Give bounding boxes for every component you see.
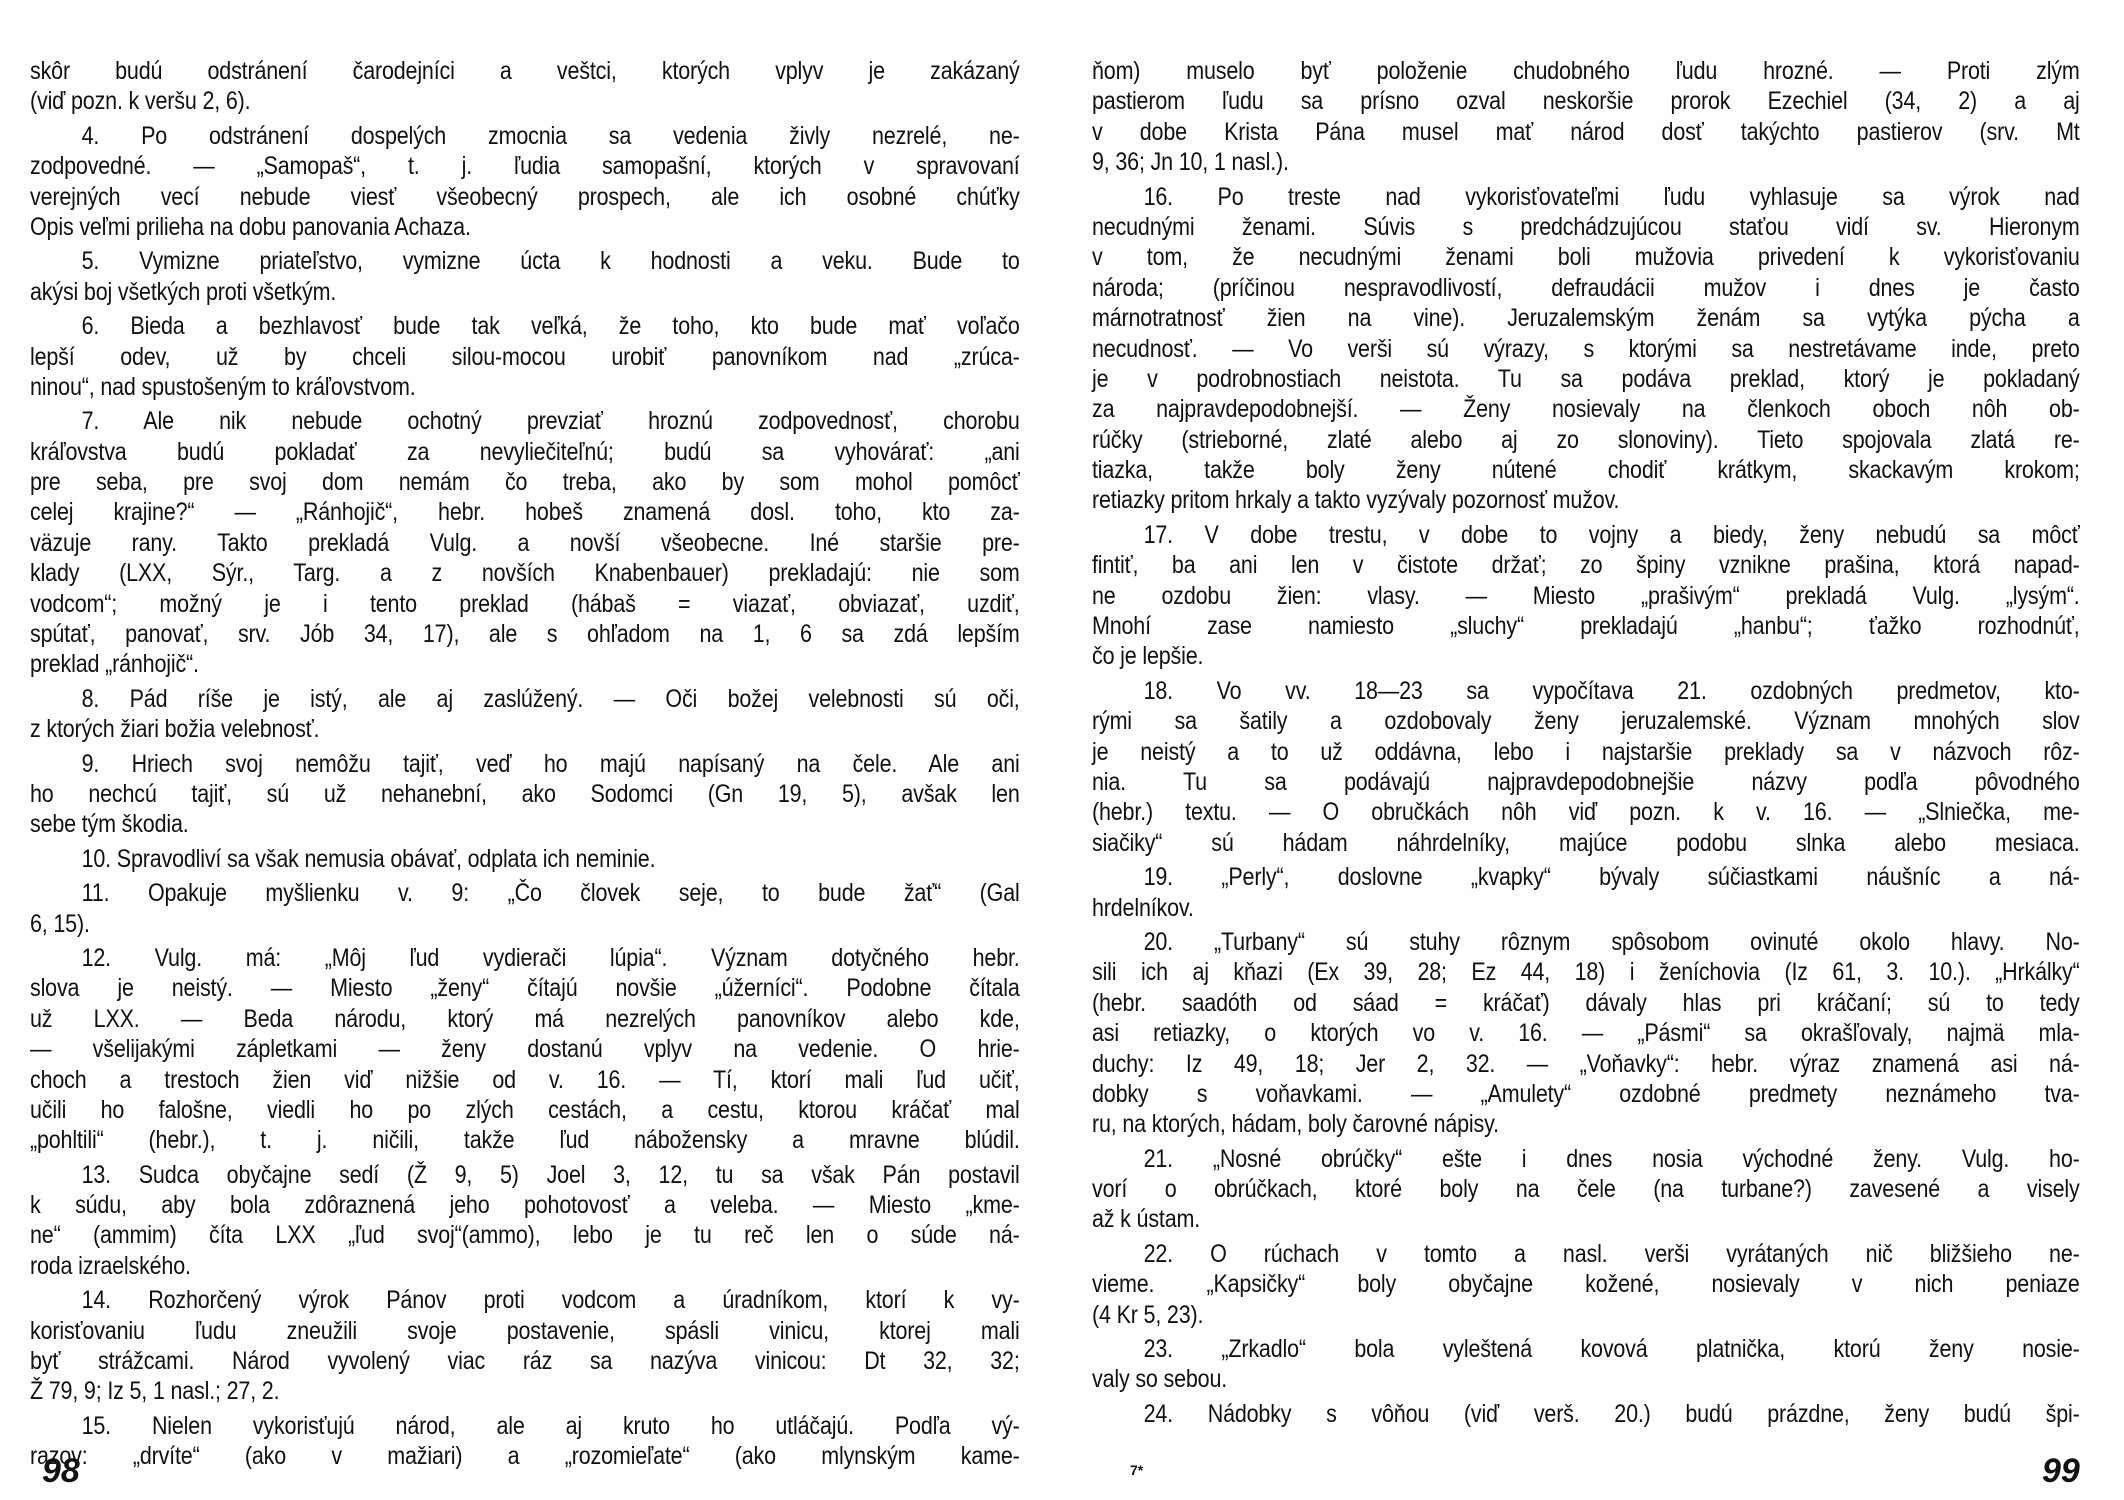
text-line: márnotratnosť žien na vine). Jeruzalemsk… bbox=[1092, 303, 2080, 333]
text-line: 15. Nielen vykorisťujú národ, ale aj kru… bbox=[30, 1411, 1020, 1441]
page-number-right: 99 bbox=[2042, 1452, 2080, 1491]
text-line: verejných vecí nebude viesť všeobecný pr… bbox=[30, 182, 1020, 212]
text-line: preklad „ránhojič“. bbox=[30, 649, 1020, 679]
text-line: necudnosť. — Vo verši sú výrazy, s ktorý… bbox=[1092, 334, 2080, 364]
text-line: vorí o obrúčkach, ktoré boly na čele (na… bbox=[1092, 1174, 2080, 1204]
text-line: korisťovaniu ľudu zneužili svoje postave… bbox=[30, 1316, 1020, 1346]
text-line: národa; (príčinou nespravodlivostí, defr… bbox=[1092, 273, 2080, 303]
text-line: 21. „Nosné obrúčky“ ešte i dnes nosia vý… bbox=[1092, 1144, 2080, 1174]
text-line: (hebr. saadóth od sáad = kráčať) dávaly … bbox=[1092, 988, 2080, 1018]
text-line: 8. Pád ríše je istý, ale aj zaslúžený. —… bbox=[30, 684, 1020, 714]
text-line: 23. „Zrkadlo“ bola vyleštená kovová plat… bbox=[1092, 1334, 2080, 1364]
text-line: 13. Sudca obyčajne sedí (Ž 9, 5) Joel 3,… bbox=[30, 1160, 1020, 1190]
text-line: asi retiazky, o ktorých vo v. 16. — „Pás… bbox=[1092, 1018, 2080, 1048]
text-line: v tom, že necudnými ženami boli mužovia … bbox=[1092, 242, 2080, 272]
right-page-body: ňom) muselo byť položenie chudobného ľud… bbox=[1092, 56, 2082, 1429]
text-line: 18. Vo vv. 18—23 sa vypočítava 21. ozdob… bbox=[1092, 676, 2080, 706]
text-line: 16. Po treste nad vykorisťovateľmi ľudu … bbox=[1092, 182, 2080, 212]
text-line: hrdelníkov. bbox=[1092, 893, 2080, 923]
text-line: roda izraelského. bbox=[30, 1251, 1020, 1281]
text-line: ho nechcú tajiť, sú už nehanební, ako So… bbox=[30, 779, 1020, 809]
text-line: spútať, panovať, srv. Jób 34, 17), ale s… bbox=[30, 619, 1020, 649]
text-line: učili ho falošne, viedli ho po zlých ces… bbox=[30, 1095, 1020, 1125]
text-line: je v podrobnostiach neistota. Tu sa podá… bbox=[1092, 364, 2080, 394]
text-line: k súdu, aby bola zdôraznená jeho pohotov… bbox=[30, 1190, 1020, 1220]
text-line: až k ústam. bbox=[1092, 1204, 2080, 1234]
text-line: 9, 36; Jn 10, 1 nasl.). bbox=[1092, 147, 2080, 177]
text-line: (hebr.) textu. — O obručkách nôh viď poz… bbox=[1092, 797, 2080, 827]
text-line: 22. O rúchach v tomto a nasl. verši vyrá… bbox=[1092, 1239, 2080, 1269]
text-line: „pohltili“ (hebr.), t. j. ničili, takže … bbox=[30, 1125, 1020, 1155]
text-line: valy so sebou. bbox=[1092, 1364, 2080, 1394]
text-line: fintiť, ba ani len v čistote držať; zo š… bbox=[1092, 550, 2080, 580]
text-line: z ktorých žiari božia velebnosť. bbox=[30, 714, 1020, 744]
text-line: (viď pozn. k veršu 2, 6). bbox=[30, 86, 1020, 116]
text-line: nia. Tu sa podávajú najpravdepodobnejšie… bbox=[1092, 767, 2080, 797]
text-line: 20. „Turbany“ sú stuhy rôznym spôsobom o… bbox=[1092, 927, 2080, 957]
text-line: 12. Vulg. má: „Môj ľud vydierači lúpia“.… bbox=[30, 943, 1020, 973]
left-page-body: skôr budú odstránení čarodejníci a veštc… bbox=[30, 56, 1022, 1472]
text-line: 19. „Perly“, doslovne „kvapky“ bývaly sú… bbox=[1092, 862, 2080, 892]
text-line: 9. Hriech svoj nemôžu tajiť, veď ho majú… bbox=[30, 749, 1020, 779]
text-line: Opis veľmi prilieha na dobu panovania Ac… bbox=[30, 212, 1020, 242]
text-line: rými sa šatily a ozdobovaly ženy jeruzal… bbox=[1092, 706, 2080, 736]
text-line: (4 Kr 5, 23). bbox=[1092, 1300, 2080, 1330]
text-line: 4. Po odstránení dospelých zmocnia sa ve… bbox=[30, 121, 1020, 151]
text-line: 24. Nádobky s vôňou (viď verš. 20.) budú… bbox=[1092, 1399, 2080, 1429]
signature-mark: 7* bbox=[1130, 1462, 1143, 1478]
page-number-left: 98 bbox=[42, 1452, 80, 1491]
text-line: je neistý a to už oddávna, lebo i najsta… bbox=[1092, 737, 2080, 767]
text-line: choch a trestoch žien viď nižšie od v. 1… bbox=[30, 1065, 1020, 1095]
text-line: celej krajine?“ — „Ránhojič“, hebr. hobe… bbox=[30, 497, 1020, 527]
text-line: tiazka, takže boly ženy nútené chodiť kr… bbox=[1092, 455, 2080, 485]
text-line: ňom) muselo byť položenie chudobného ľud… bbox=[1092, 56, 2080, 86]
text-line: sebe tým škodia. bbox=[30, 809, 1020, 839]
text-line: 11. Opakuje myšlienku v. 9: „Čo človek s… bbox=[30, 878, 1020, 908]
text-line: vodcom“; možný je i tento preklad (hábaš… bbox=[30, 589, 1020, 619]
text-line: pastierom ľudu sa prísno ozval neskoršie… bbox=[1092, 86, 2080, 116]
text-line: sili ich aj kňazi (Ex 39, 28; Ez 44, 18)… bbox=[1092, 957, 2080, 987]
text-line: v dobe Krista Pána musel mať národ dosť … bbox=[1092, 117, 2080, 147]
text-line: siačiky“ sú hádam náhrdelníky, majúce po… bbox=[1092, 828, 2080, 858]
text-line: 17. V dobe trestu, v dobe to vojny a bie… bbox=[1092, 520, 2080, 550]
left-page: skôr budú odstránení čarodejníci a veštc… bbox=[0, 0, 1062, 1500]
text-line: akýsi boj všetkých proti všetkým. bbox=[30, 277, 1020, 307]
text-line: slova je neistý. — Miesto „ženy“ čítajú … bbox=[30, 973, 1020, 1003]
right-page: ňom) muselo byť položenie chudobného ľud… bbox=[1062, 0, 2124, 1500]
text-line: Mnohí zase namiesto „sluchy“ prekladajú … bbox=[1092, 611, 2080, 641]
text-line: rúčky (strieborné, zlaté alebo aj zo slo… bbox=[1092, 425, 2080, 455]
text-line: zodpovedné. — „Samopaš“, t. j. ľudia sam… bbox=[30, 151, 1020, 181]
text-line: vieme. „Kapsičky“ boly obyčajne kožené, … bbox=[1092, 1269, 2080, 1299]
text-line: necudnými ženami. Súvis s predchádzujúco… bbox=[1092, 212, 2080, 242]
text-line: duchy: Iz 49, 18; Jer 2, 32. — „Voňavky“… bbox=[1092, 1049, 2080, 1079]
text-line: čo je lepšie. bbox=[1092, 641, 2080, 671]
text-line: ninou“, nad spustošeným to kráľovstvom. bbox=[30, 372, 1020, 402]
text-line: 10. Spravodliví sa však nemusia obávať, … bbox=[30, 844, 1020, 874]
text-line: dobky s voňavkami. — „Amulety“ ozdobné p… bbox=[1092, 1079, 2080, 1109]
text-line: klady (LXX, Sýr., Targ. a z novších Knab… bbox=[30, 558, 1020, 588]
text-line: za najpravdepodobnejší. — Ženy nosievaly… bbox=[1092, 394, 2080, 424]
text-line: 7. Ale nik nebude ochotný prevziať hrozn… bbox=[30, 406, 1020, 436]
text-line: 6. Bieda a bezhlavosť bude tak veľká, že… bbox=[30, 311, 1020, 341]
text-line: retiazky pritom hrkaly a takto vyzývaly … bbox=[1092, 485, 2080, 515]
text-line: ne“ (ammim) číta LXX „ľud svoj“(ammo), l… bbox=[30, 1220, 1020, 1250]
text-line: — všelijakými zápletkami — ženy dostanú … bbox=[30, 1034, 1020, 1064]
text-line: razov: „drvíte“ (ako v mažiari) a „rozom… bbox=[30, 1441, 1020, 1471]
text-line: kráľovstva budú pokladať za nevyliečiteľ… bbox=[30, 437, 1020, 467]
text-line: pre seba, pre svoj dom nemám čo treba, a… bbox=[30, 467, 1020, 497]
text-line: 5. Vymizne priateľstvo, vymizne úcta k h… bbox=[30, 246, 1020, 276]
text-line: lepší odev, už by chceli silou-mocou uro… bbox=[30, 342, 1020, 372]
text-line: ne ozdobu žien: vlasy. — Miesto „prašivý… bbox=[1092, 581, 2080, 611]
text-line: skôr budú odstránení čarodejníci a veštc… bbox=[30, 56, 1020, 86]
text-line: 14. Rozhorčený výrok Pánov proti vodcom … bbox=[30, 1285, 1020, 1315]
text-line: 6, 15). bbox=[30, 909, 1020, 939]
text-line: Ž 79, 9; Iz 5, 1 nasl.; 27, 2. bbox=[30, 1376, 1020, 1406]
text-line: už LXX. — Beda národu, ktorý má nezrelýc… bbox=[30, 1004, 1020, 1034]
text-line: ru, na ktorých, hádam, boly čarovné nápi… bbox=[1092, 1109, 2080, 1139]
text-line: byť strážcami. Národ vyvolený viac ráz s… bbox=[30, 1346, 1020, 1376]
text-line: väzuje rany. Takto prekladá Vulg. a novš… bbox=[30, 528, 1020, 558]
